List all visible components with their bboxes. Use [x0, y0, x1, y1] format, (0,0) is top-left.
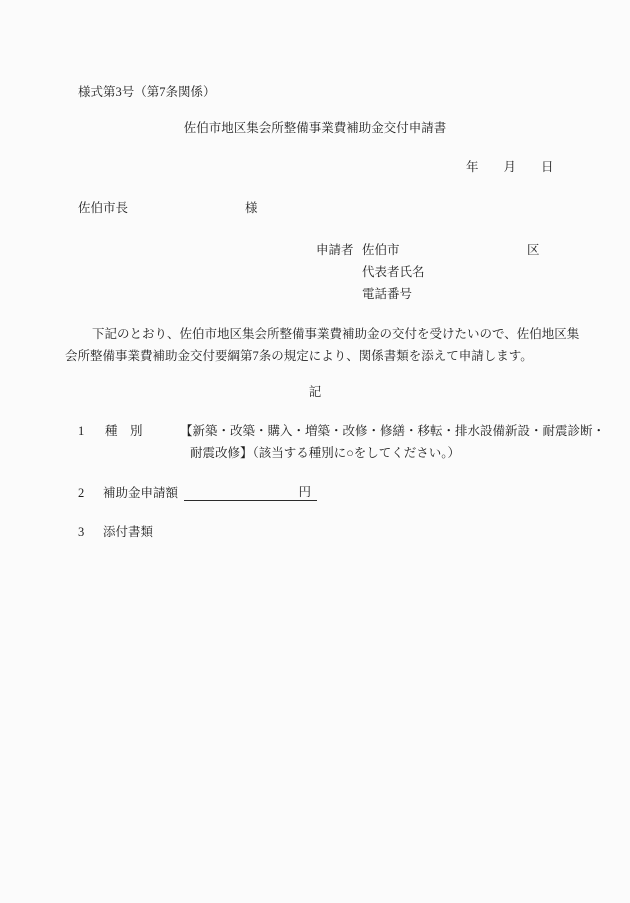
- item-2-number: 2: [78, 486, 84, 501]
- addressee-name: 佐伯市長: [78, 201, 128, 216]
- applicant-label: 申請者: [316, 243, 354, 258]
- date-line: 年 月 日: [466, 160, 554, 175]
- phone-number-label: 電話番号: [362, 287, 412, 302]
- applicant-district-suffix: 区: [527, 243, 540, 258]
- form-number: 様式第3号（第7条関係）: [78, 85, 216, 100]
- item-3-number: 3: [78, 525, 84, 540]
- applicant-city: 佐伯市: [362, 243, 400, 258]
- item-1-number: 1: [78, 424, 84, 439]
- document-title: 佐伯市地区集会所整備事業費補助金交付申請書: [0, 121, 630, 136]
- addressee-honorific: 様: [245, 201, 258, 216]
- body-paragraph-line-1: 下記のとおり、佐伯市地区集会所整備事業費補助金の交付を受けたいので、佐伯地区集: [92, 327, 579, 342]
- item-1-type-options-line-1: 【新築・改築・購入・増築・改修・修繕・移転・排水設備新設・耐震診断・: [180, 424, 605, 439]
- amount-unit-yen: 円: [298, 485, 311, 499]
- item-3-label-attached-documents: 添付書類: [103, 525, 153, 540]
- section-marker: 記: [0, 385, 630, 400]
- item-1-label-type: 種 別: [105, 424, 143, 439]
- representative-name-label: 代表者氏名: [362, 265, 425, 280]
- item-1-type-options-line-2: 耐震改修】（該当する種別に○をしてください。）: [190, 446, 460, 461]
- amount-fill-in-line: 円: [184, 485, 317, 501]
- item-2-label-subsidy-amount: 補助金申請額: [103, 486, 178, 501]
- body-paragraph-line-2: 会所整備事業費補助金交付要綱第7条の規定により、関係書類を添えて申請します。: [65, 349, 533, 364]
- document-page: 様式第3号（第7条関係） 佐伯市地区集会所整備事業費補助金交付申請書 年 月 日…: [0, 0, 630, 903]
